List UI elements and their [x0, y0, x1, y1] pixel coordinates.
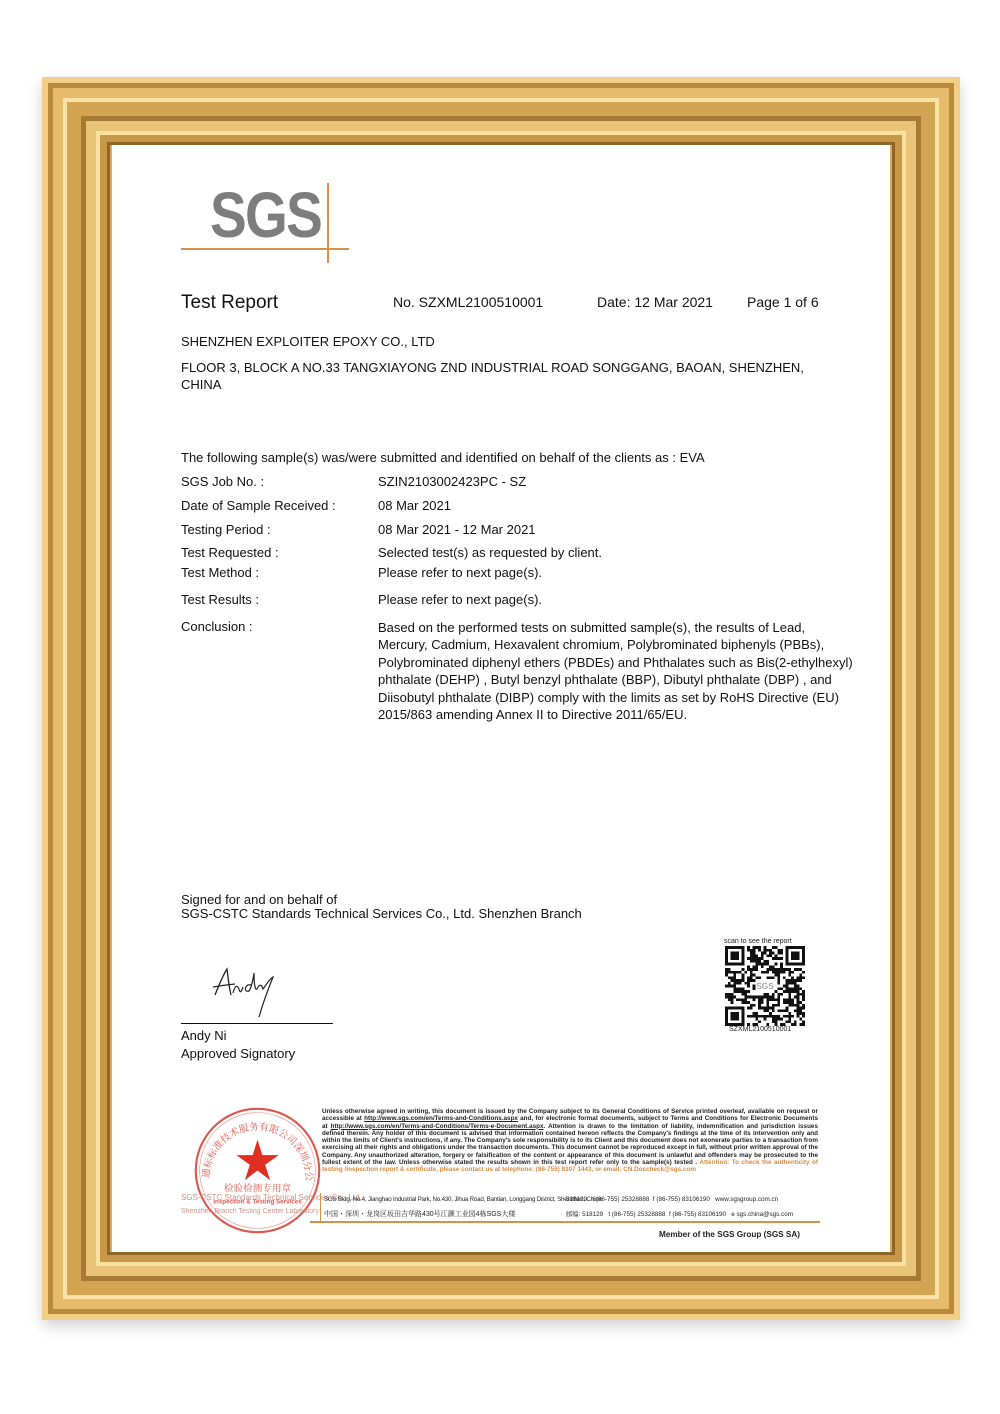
qr-caption: scan to see the report [724, 938, 792, 945]
stamp-caption-line2: Shenzhen Branch Testing Center Laborator… [181, 1208, 319, 1215]
report-date: Date: 12 Mar 2021 [597, 294, 713, 310]
field-label-testing-period: Testing Period : [181, 522, 271, 537]
footer-vertical-rule [320, 1193, 321, 1223]
terms-link[interactable]: http://www.sgs.com/en/Terms-and-Conditio… [364, 1115, 518, 1122]
e-document-terms-link[interactable]: http://www.sgs.com/en/Terms-and-Conditio… [331, 1123, 544, 1130]
sgs-group-member: Member of the SGS Group (SGS SA) [659, 1230, 800, 1239]
field-value-test-requested: Selected test(s) as requested by client. [378, 545, 602, 560]
signed-for-line: Signed for and on behalf of [181, 892, 337, 907]
report-title: Test Report [181, 292, 278, 314]
signatory-name: Andy Ni [181, 1028, 227, 1043]
field-value-testing-period: 08 Mar 2021 - 12 Mar 2021 [378, 522, 536, 537]
sample-intro: The following sample(s) was/were submitt… [181, 450, 705, 465]
logo-vertical-rule [327, 183, 329, 263]
field-value-test-results: Please refer to next page(s). [378, 592, 542, 607]
field-label-job-no: SGS Job No. : [181, 474, 264, 489]
field-label-test-requested: Test Requested : [181, 545, 279, 560]
logo-horizontal-rule [181, 248, 349, 250]
terms-disclaimer: Unless otherwise agreed in writing, this… [322, 1108, 818, 1174]
page-indicator: Page 1 of 6 [747, 294, 819, 310]
handwritten-signature [205, 965, 295, 1025]
sgs-logo: SGS [210, 178, 321, 252]
report-number: No. SZXML2100510001 [393, 294, 543, 310]
field-label-test-results: Test Results : [181, 592, 259, 607]
address-chinese: 中国・深圳・龙岗区坂田吉华路430号江灏工业园4栋SGS大楼 [324, 1209, 515, 1219]
client-address: FLOOR 3, BLOCK A NO.33 TANGXIAYONG ZND I… [181, 359, 821, 393]
field-value-conclusion: Based on the performed tests on submitte… [378, 619, 858, 723]
website-link[interactable]: www.sgsgroup.com.cn [715, 1196, 778, 1203]
field-label-conclusion: Conclusion : [181, 619, 253, 634]
client-name: SHENZHEN EXPLOITER EPOXY CO., LTD [181, 334, 435, 349]
contact-line-1: 518129 t (86-755) 25328888 f (86-755) 83… [566, 1196, 778, 1203]
contact-line-2: 邮编: 518129 t (86-755) 25328888 f (86-755… [566, 1209, 793, 1218]
signatory-title: Approved Signatory [181, 1046, 295, 1061]
field-value-job-no: SZIN2103002423PC - SZ [378, 474, 526, 489]
field-label-date-received: Date of Sample Received : [181, 498, 336, 513]
qr-code-icon[interactable]: SGS [724, 946, 806, 1026]
company-seal-stamp: 通标标准技术服务有限公司深圳分公司 检验检测专用章 Inspection & T… [190, 1103, 325, 1238]
field-label-test-method: Test Method : [181, 565, 259, 580]
signature-line [181, 1023, 333, 1024]
address-english: SGS Bldg, No.4, Jianghao Industrial Park… [324, 1196, 602, 1203]
field-value-test-method: Please refer to next page(s). [378, 565, 542, 580]
field-value-date-received: 08 Mar 2021 [378, 498, 451, 513]
svg-text:SGS: SGS [756, 982, 774, 991]
signing-company: SGS-CSTC Standards Technical Services Co… [181, 906, 582, 921]
footer-horizontal-rule [310, 1221, 820, 1223]
email-link[interactable]: e sgs.china@sgs.com [731, 1211, 793, 1218]
qr-report-id: SZXML2100510001 [729, 1026, 791, 1033]
